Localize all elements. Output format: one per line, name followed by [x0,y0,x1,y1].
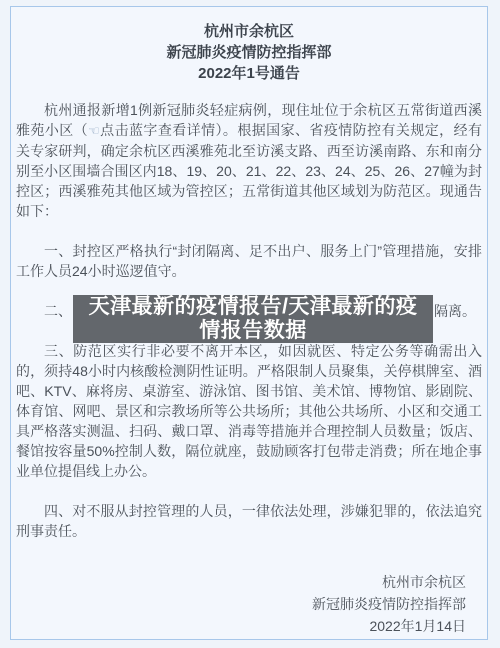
section-3-paragraph: 三、防范区实行非必要不离开本区，如因就医、特定公务等确需出入的，须持48小时内核… [16,341,482,481]
footer-district: 杭州市余杭区 [16,571,466,593]
section-4-paragraph: 四、对不服从封控管理的人员，一律依法处理，涉嫌犯罪的，依法追究刑事责任。 [16,501,482,541]
title-line-district: 杭州市余杭区 [16,21,482,42]
overlay-banner[interactable]: 天津最新的疫情报告/天津最新的疫 情报告数据 [73,295,433,343]
footer-headquarters: 新冠肺炎疫情防控指挥部 [16,593,466,615]
section-2-visible-prefix: 二、 [44,303,72,319]
title-line-notice-number: 2022年1号通告 [16,63,482,84]
footer-signature: 杭州市余杭区 新冠肺炎疫情防控指挥部 2022年1月14日 [16,571,482,637]
notice-title: 杭州市余杭区 新冠肺炎疫情防控指挥部 2022年1号通告 [16,21,482,84]
intro-paragraph: 杭州通报新增1例新冠肺炎轻症病例，现住址位于余杭区五常街道西溪雅苑小区（☜点击蓝… [16,100,482,221]
overlay-text-line1: 天津最新的疫情报告/天津最新的疫 [89,295,418,319]
section-2-visible-suffix: 隔离。 [434,301,476,321]
page-background: 杭州市余杭区 新冠肺炎疫情防控指挥部 2022年1号通告 杭州通报新增1例新冠肺… [0,0,500,648]
section-1-paragraph: 一、封控区严格执行“封闭隔离、足不出户、服务上门”管理措施，安排工作人员24小时… [16,241,482,281]
pointing-hand-icon: ☜ [88,123,100,138]
title-line-headquarters: 新冠肺炎疫情防控指挥部 [16,42,482,63]
footer-date: 2022年1月14日 [16,615,466,637]
overlay-text-line2: 情报告数据 [199,319,307,343]
